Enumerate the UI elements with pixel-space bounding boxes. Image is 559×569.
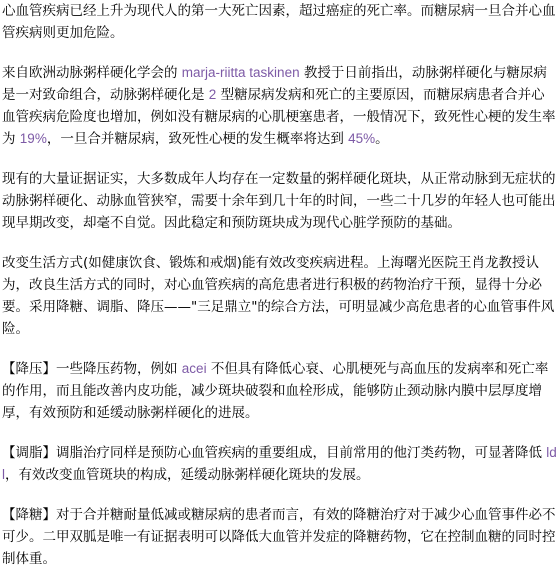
paragraph-text: 【降压】一些降压药物，例如 (2, 361, 182, 377)
paragraph-text: 【调脂】调脂治疗同样是预防心血管疾病的重要组成，目前常用的他汀类药物，可显著降低 (2, 445, 546, 461)
paragraph-blood-pressure: 【降压】一些降压药物，例如 acei 不但具有降低心衰、心肌梗死与高血压的发病率… (2, 358, 558, 424)
paragraph-text: ，有效改变血管斑块的构成，延缓动脉粥样硬化斑块的发展。 (5, 467, 370, 483)
paragraph-glucose-lowering: 【降糖】对于合并糖耐量低减或糖尿病的患者而言，有效的降糖治疗对于减少心血管事件必… (2, 504, 558, 569)
paragraph-text: 来自欧洲动脉粥样硬化学会的 (2, 65, 182, 81)
paragraph-evidence: 现有的大量证据证实，大多数成年人均存在一定数量的粥样硬化斑块，从正常动脉到无症状… (2, 168, 558, 234)
inline-term-expert-name: marja-riitta taskinen (182, 65, 300, 80)
paragraph-lipid-regulation: 【调脂】调脂治疗同样是预防心血管疾病的重要组成，目前常用的他汀类药物，可显著降低… (2, 442, 558, 486)
paragraph-text: 【降糖】对于合并糖耐量低减或糖尿病的患者而言，有效的降糖治疗对于减少心血管事件必… (2, 507, 556, 567)
inline-term-acei: acei (182, 361, 207, 376)
paragraph-intro: 心血管疾病已经上升为现代人的第一大死亡因素，超过癌症的死亡率。而糖尿病一旦合并心… (2, 0, 558, 44)
article-body: 心血管疾病已经上升为现代人的第一大死亡因素，超过癌症的死亡率。而糖尿病一旦合并心… (0, 0, 559, 569)
paragraph-lifestyle: 改变生活方式(如健康饮食、锻炼和戒烟)能有效改变疾病进程。上海曙光医院王肖龙教授… (2, 252, 558, 340)
inline-term-rate-19: 19% (20, 131, 47, 146)
inline-term-rate-45: 45% (348, 131, 375, 146)
paragraph-text: ，一旦合并糖尿病，致死性心梗的发生概率将达到 (47, 131, 348, 147)
paragraph-text: 心血管疾病已经上升为现代人的第一大死亡因素，超过癌症的死亡率。而糖尿病一旦合并心… (2, 3, 556, 41)
paragraph-text: 。 (375, 131, 389, 147)
paragraph-text: 现有的大量证据证实，大多数成年人均存在一定数量的粥样硬化斑块，从正常动脉到无症状… (2, 171, 556, 231)
paragraph-text: 改变生活方式(如健康饮食、锻炼和戒烟)能有效改变疾病进程。上海曙光医院王肖龙教授… (2, 255, 554, 337)
paragraph-expert-statement: 来自欧洲动脉粥样硬化学会的 marja-riitta taskinen 教授于日… (2, 62, 558, 150)
